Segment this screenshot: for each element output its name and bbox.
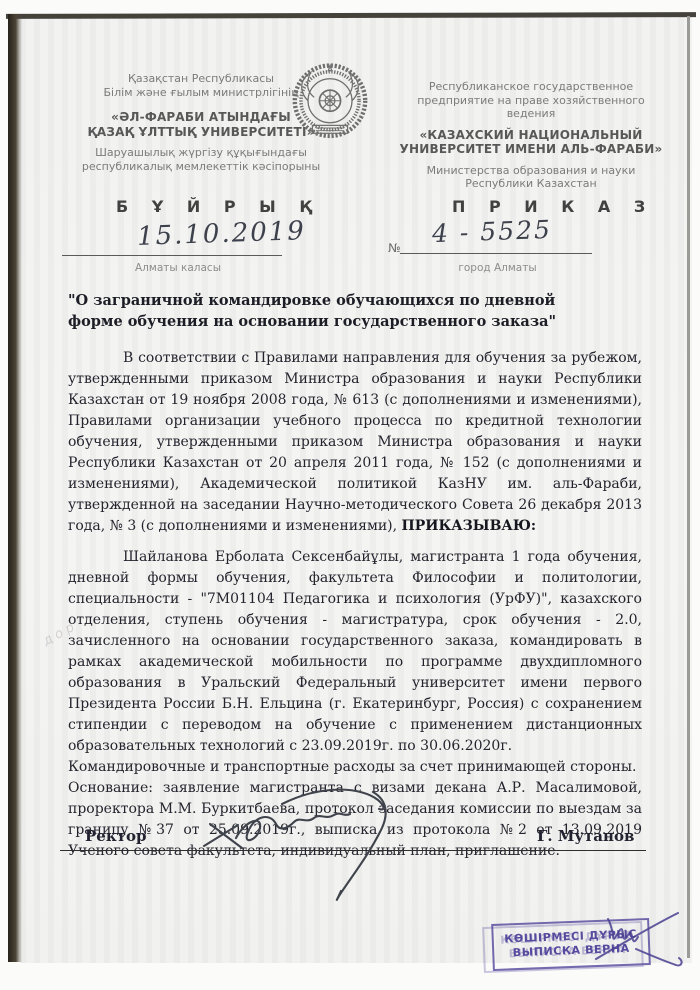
scan-edge-right	[687, 16, 690, 958]
header-enterprise-line2: предприятие на праве хозяйственного	[390, 94, 672, 108]
city-label-kk: Алматы каласы	[118, 262, 238, 274]
prikazyvayu-word: ПРИКАЗЫВАЮ:	[402, 518, 536, 534]
header-right-block: Республиканское государственное предприя…	[390, 80, 672, 191]
header-sub-kk-line2: республикалық мемлекеттік кәсіпорыны	[55, 160, 347, 174]
order-number-handwritten: 4 - 5525	[432, 215, 553, 248]
rector-name-label: Г. Мутанов	[537, 827, 634, 845]
order-word-ru: П Р И К А З	[452, 197, 654, 216]
order-subject-title: "О заграничной командировке обучающихся …	[68, 290, 588, 332]
stamp-signature-scrawl-icon	[578, 903, 693, 978]
header-ministry-ru-line1: Министерства образования и науки	[390, 164, 672, 178]
header-ministry-ru-line2: Республики Казахстан	[390, 177, 672, 191]
header-enterprise-line3: ведения	[390, 107, 672, 121]
scanned-document: Қазақстан Республикасы Білім және ғылым …	[0, 0, 700, 990]
body-paragraph-2: Шайланова Ерболата Сексенбайұлы, магистр…	[68, 547, 642, 757]
rector-signature-scrawl-icon	[190, 770, 460, 912]
order-word-kk: Б Ұ Й Р Ы Қ	[116, 197, 321, 216]
university-name-ru-line2: УНИВЕРСИТЕТ ИМЕНИ АЛЬ-ФАРАБИ»	[390, 142, 672, 157]
scan-edge-left	[8, 14, 22, 962]
city-label-ru: город Алматы	[430, 262, 565, 274]
paragraph-1-text: В соответствии с Правилами направления д…	[68, 350, 642, 534]
header-enterprise-line1: Республиканское государственное	[390, 80, 672, 94]
number-underline	[400, 253, 592, 254]
rector-title-label: Ректор	[85, 827, 146, 845]
order-date-handwritten: 15.10.2019	[137, 216, 307, 252]
date-underline	[62, 255, 282, 256]
university-name-ru-line1: «КАЗАХСКИЙ НАЦИОНАЛЬНЫЙ	[390, 128, 672, 143]
kazakhstan-state-emblem-icon	[286, 60, 374, 152]
body-paragraph-1: В соответствии с Правилами направления д…	[68, 348, 642, 537]
order-number-label: №	[388, 241, 400, 255]
